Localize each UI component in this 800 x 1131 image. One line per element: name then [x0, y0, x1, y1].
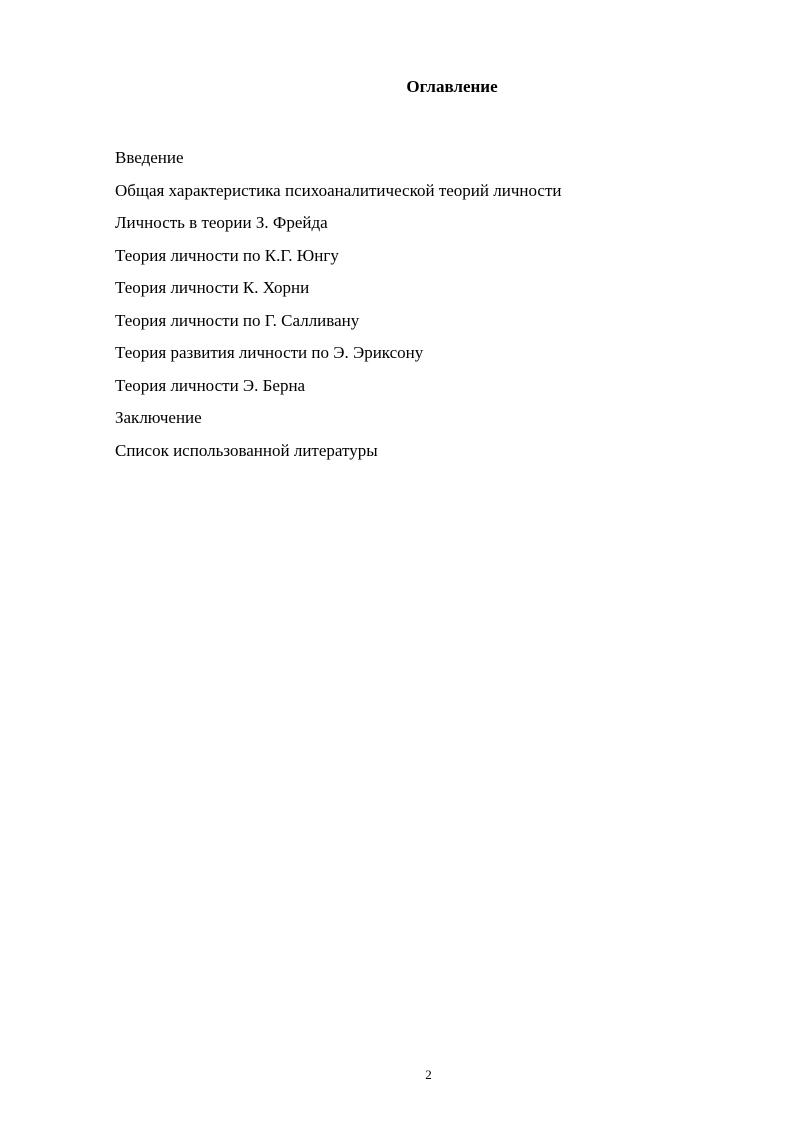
toc-item-erikson[interactable]: Теория развития личности по Э. Эриксону [115, 337, 561, 370]
document-page: Оглавление Введение Общая характеристика… [0, 0, 800, 1131]
toc-item-conclusion[interactable]: Заключение [115, 402, 561, 435]
toc-item-references[interactable]: Список использованной литературы [115, 435, 561, 468]
toc-title: Оглавление [0, 76, 800, 98]
toc-item-jung[interactable]: Теория личности по К.Г. Юнгу [115, 240, 561, 273]
table-of-contents: Введение Общая характеристика психоанали… [115, 142, 561, 467]
toc-item-horney[interactable]: Теория личности К. Хорни [115, 272, 561, 305]
toc-item-sullivan[interactable]: Теория личности по Г. Салливану [115, 305, 561, 338]
toc-item-introduction[interactable]: Введение [115, 142, 561, 175]
page-number: 2 [0, 1067, 800, 1083]
toc-item-freud[interactable]: Личность в теории З. Фрейда [115, 207, 561, 240]
toc-item-general-characteristics[interactable]: Общая характеристика психоаналитической … [115, 175, 561, 208]
toc-item-berne[interactable]: Теория личности Э. Берна [115, 370, 561, 403]
